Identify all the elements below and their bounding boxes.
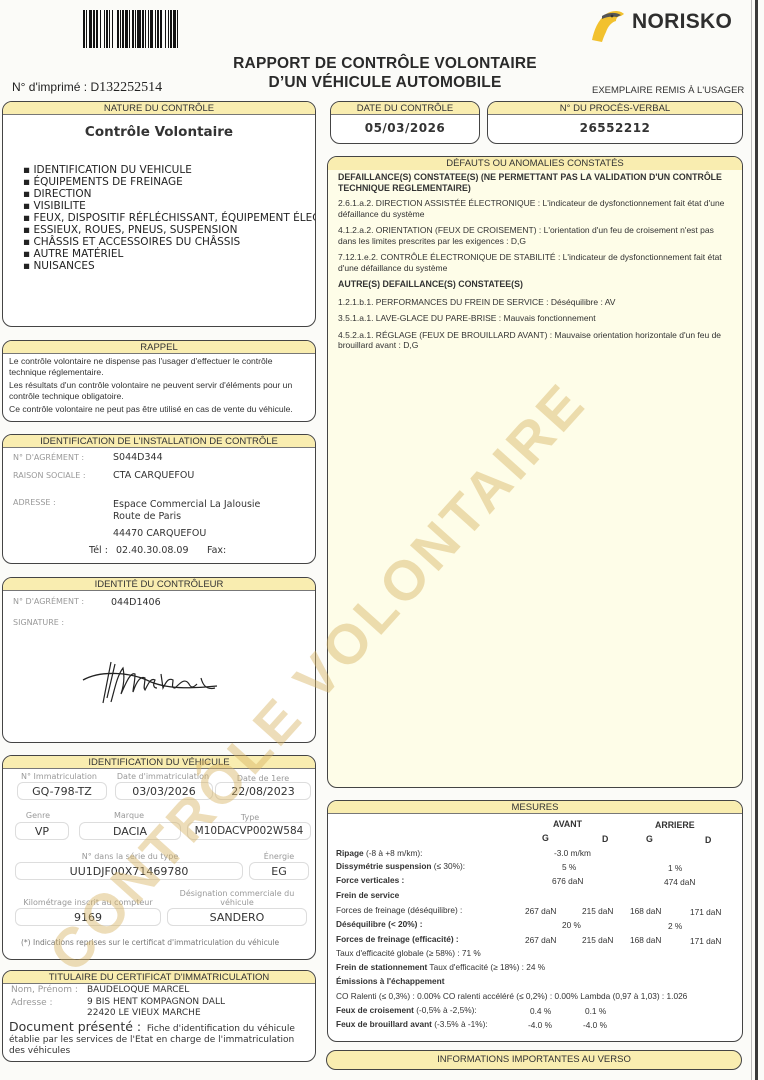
major-defects-heading: DEFAILLANCE(S) CONSTATEE(S) (NE PERMETTA… bbox=[338, 172, 732, 193]
installation-heading: IDENTIFICATION DE L'INSTALLATION DE CONT… bbox=[3, 435, 315, 448]
arriere-g-header: G bbox=[646, 834, 653, 844]
major-defects-list: 2.6.1.a.2. DIRECTION ASSISTÉE ÉLECTRONIQ… bbox=[338, 198, 732, 273]
install-raison-label: RAISON SOCIALE : bbox=[13, 471, 86, 480]
controleur-agrement-value: 044D1406 bbox=[111, 597, 161, 609]
rappel-paragraph: Ce contrôle volontaire ne peut pas être … bbox=[9, 404, 309, 415]
rappel-section: RAPPEL Le contrôle volontaire ne dispens… bbox=[2, 340, 316, 422]
forces-eff-av-g: 267 daN bbox=[525, 935, 556, 945]
install-tel-label: Tél : bbox=[89, 545, 108, 557]
titulaire-adresse-line1: 9 BIS HENT KOMPAGNON DALL bbox=[87, 997, 225, 1008]
designation-field: SANDERO bbox=[167, 908, 307, 926]
install-adresse-line2: Route de Paris bbox=[113, 511, 260, 523]
forces-eff-ar-g: 168 daN bbox=[630, 935, 661, 945]
titulaire-adresse-label: Adresse : bbox=[11, 998, 53, 1008]
document-presente: Document présenté : Fiche d'identificati… bbox=[9, 1021, 313, 1057]
vehicule-note: (*) Indications reprises sur le certific… bbox=[21, 938, 279, 947]
nature-list: ▪ IDENTIFICATION DU VEHICULE▪ ÉQUIPEMENT… bbox=[23, 164, 315, 272]
pv-heading: N° DU PROCÈS-VERBAL bbox=[488, 102, 742, 115]
dissym-row: Dissymétrie suspension (≤ 30%): bbox=[336, 861, 465, 871]
croisement-row: Feux de croisement (-0,5% à -2,5%): bbox=[336, 1005, 477, 1015]
rappel-paragraph: Les résultats d'un contrôle volontaire n… bbox=[9, 380, 309, 401]
rappel-text: Le contrôle volontaire ne dispense pas l… bbox=[3, 354, 315, 420]
avant-header: AVANT bbox=[553, 819, 582, 829]
titulaire-nom-label: Nom, Prénom : bbox=[11, 985, 78, 995]
immat-label: N° Immatriculation bbox=[11, 772, 107, 781]
nature-heading: NATURE DU CONTRÔLE bbox=[3, 102, 315, 115]
emissions-label: Émissions à l'échappement bbox=[336, 976, 445, 986]
install-adresse-line1: Espace Commercial La Jalousie bbox=[113, 499, 260, 511]
defects-section: DÉFAUTS OU ANOMALIES CONSTATÉS DEFAILLAN… bbox=[327, 156, 743, 788]
controleur-agrement-label: N° D'AGRÉMENT : bbox=[13, 597, 84, 606]
page-edge-shadow bbox=[755, 0, 758, 1080]
imprime-number: N° d'imprimé : D132252514 bbox=[12, 80, 162, 96]
install-adresse-value: Espace Commercial La Jalousie Route de P… bbox=[113, 499, 260, 523]
list-item: ▪ ÉQUIPEMENTS DE FREINAGE bbox=[23, 176, 315, 188]
brouillard-g: -4.0 % bbox=[528, 1020, 552, 1030]
mesures-section: MESURES AVANT ARRIERE G D G D Ripage (-8… bbox=[327, 800, 743, 1042]
copy-notice: EXEMPLAIRE REMIS À L'USAGER bbox=[592, 85, 744, 96]
imprime-label: N° d'imprimé : bbox=[12, 80, 87, 94]
titulaire-heading: TITULAIRE DU CERTIFICAT D'IMMATRICULATIO… bbox=[3, 971, 315, 984]
barcode bbox=[83, 10, 259, 48]
mesures-heading: MESURES bbox=[328, 801, 742, 814]
list-item: ▪ CHÂSSIS ET ACCESSOIRES DU CHÂSSIS bbox=[23, 236, 315, 248]
deseq-ar: 2 % bbox=[668, 921, 682, 931]
brand-name: NORISKO bbox=[632, 10, 732, 34]
pv-value: 26552212 bbox=[488, 121, 742, 135]
forces-deseq-ar-g: 168 daN bbox=[630, 906, 661, 916]
date-heading: DATE DU CONTRÔLE bbox=[331, 102, 479, 115]
deseq-av: 20 % bbox=[562, 920, 581, 930]
nature-title: Contrôle Volontaire bbox=[3, 124, 315, 140]
signature-image-icon bbox=[81, 658, 221, 708]
install-fax-label: Fax: bbox=[207, 545, 226, 557]
ripage-row: Ripage (-8 à +8 m/km): bbox=[336, 848, 422, 858]
arriere-d-header: D bbox=[705, 835, 711, 845]
immat-field: GQ-798-TZ bbox=[17, 782, 107, 800]
install-tel-value: 02.40.30.08.09 bbox=[116, 545, 189, 557]
genre-field: VP bbox=[15, 822, 69, 840]
list-item: ▪ FEUX, DISPOSITIF RÉFLÉCHISSANT, ÉQUIPE… bbox=[23, 212, 315, 224]
km-field: 9169 bbox=[15, 908, 161, 926]
energie-label: Énergie bbox=[249, 852, 309, 861]
titulaire-adresse-line2: 22420 LE VIEUX MARCHE bbox=[87, 1008, 225, 1019]
list-item: ▪ VISIBILITE bbox=[23, 200, 315, 212]
avant-d-header: D bbox=[602, 834, 608, 844]
force-vert-ar: 474 daN bbox=[664, 877, 695, 887]
signature-label: SIGNATURE : bbox=[13, 618, 64, 627]
installation-section: IDENTIFICATION DE L'INSTALLATION DE CONT… bbox=[2, 434, 316, 564]
titulaire-section: TITULAIRE DU CERTIFICAT D'IMMATRICULATIO… bbox=[2, 970, 316, 1062]
verso-notice: INFORMATIONS IMPORTANTES AU VERSO bbox=[326, 1050, 742, 1070]
date-1ere-field: 22/08/2023 bbox=[215, 782, 311, 800]
document-presente-label: Document présenté : bbox=[9, 1019, 141, 1034]
forces-deseq-av-d: 215 daN bbox=[582, 906, 613, 916]
list-item: ▪ NUISANCES bbox=[23, 260, 315, 272]
type-label: Type bbox=[189, 813, 311, 822]
marque-field: DACIA bbox=[79, 822, 181, 840]
force-vert-av: 676 daN bbox=[552, 876, 583, 886]
date-immat-field: 03/03/2026 bbox=[115, 782, 213, 800]
ripage-value: -3.0 m/km bbox=[554, 848, 591, 858]
arriere-header: ARRIERE bbox=[655, 820, 695, 830]
forces-deseq-ar-d: 171 daN bbox=[690, 907, 721, 917]
date-value: 05/03/2026 bbox=[331, 121, 479, 135]
list-item: ▪ ESSIEUX, ROUES, PNEUS, SUSPENSION bbox=[23, 224, 315, 236]
frein-service-label: Frein de service bbox=[336, 890, 399, 900]
install-adresse-label: ADRESSE : bbox=[13, 498, 56, 507]
list-item: 4.5.2.a.1. RÉGLAGE (FEUX DE BROUILLARD A… bbox=[338, 330, 732, 351]
controleur-section: IDENTITÉ DU CONTRÔLEUR N° D'AGRÉMENT : 0… bbox=[2, 577, 316, 743]
designation-label: Désignation commerciale du véhicule bbox=[167, 889, 307, 907]
list-item: ▪ DIRECTION bbox=[23, 188, 315, 200]
install-adresse-line3: 44470 CARQUEFOU bbox=[113, 528, 206, 540]
title-line-2: D’UN VÉHICULE AUTOMOBILE bbox=[210, 73, 560, 92]
install-agrement-label: N° D'AGRÉMENT : bbox=[13, 453, 84, 462]
forces-eff-label: Forces de freinage (efficacité) : bbox=[336, 934, 459, 944]
defects-heading: DÉFAUTS OU ANOMALIES CONSTATÉS bbox=[328, 157, 742, 170]
nature-section: NATURE DU CONTRÔLE Contrôle Volontaire ▪… bbox=[2, 101, 316, 327]
imprime-prefix: D bbox=[90, 80, 99, 94]
deseq-label: Déséquilibre (< 20%) : bbox=[336, 919, 422, 929]
type-field: M10DACVP002W584 bbox=[187, 822, 311, 840]
list-item: 2.6.1.a.2. DIRECTION ASSISTÉE ÉLECTRONIQ… bbox=[338, 198, 732, 219]
install-raison-value: CTA CARQUEFOU bbox=[113, 470, 194, 482]
vehicule-heading: IDENTIFICATION DU VÉHICULE bbox=[3, 756, 315, 769]
install-agrement-value: S044D344 bbox=[113, 452, 163, 464]
imprime-value: 132252514 bbox=[99, 80, 162, 95]
taux-global: Taux d'efficacité globale (≥ 58%) : 71 % bbox=[336, 948, 481, 958]
page-edge bbox=[751, 0, 752, 1080]
forces-deseq-av-g: 267 daN bbox=[525, 906, 556, 916]
list-item: 4.1.2.a.2. ORIENTATION (FEUX DE CROISEME… bbox=[338, 225, 732, 246]
list-item: ▪ AUTRE MATÉRIEL bbox=[23, 248, 315, 260]
rappel-paragraph: Le contrôle volontaire ne dispense pas l… bbox=[9, 356, 309, 377]
list-item: 1.2.1.b.1. PERFORMANCES DU FREIN DE SERV… bbox=[338, 297, 732, 308]
other-defects-list: 1.2.1.b.1. PERFORMANCES DU FREIN DE SERV… bbox=[338, 297, 732, 351]
titulaire-adresse-value: 9 BIS HENT KOMPAGNON DALL 22420 LE VIEUX… bbox=[87, 997, 225, 1019]
titulaire-nom-value: BAUDELOQUE MARCEL bbox=[87, 984, 189, 996]
stationnement-row: Frein de stationnement Taux d'efficacité… bbox=[336, 962, 545, 972]
marque-label: Marque bbox=[77, 811, 181, 820]
forces-eff-av-d: 215 daN bbox=[582, 935, 613, 945]
controleur-heading: IDENTITÉ DU CONTRÔLEUR bbox=[3, 578, 315, 591]
page-title: RAPPORT DE CONTRÔLE VOLONTAIRE D’UN VÉHI… bbox=[210, 54, 560, 92]
serie-field: UU1DJF00X71469780 bbox=[15, 862, 243, 880]
rappel-heading: RAPPEL bbox=[3, 341, 315, 354]
dissym-ar: 1 % bbox=[668, 863, 682, 873]
avant-g-header: G bbox=[542, 833, 549, 843]
list-item: 3.5.1.a.1. LAVE-GLACE DU PARE-BRISE : Ma… bbox=[338, 313, 732, 324]
list-item: ▪ IDENTIFICATION DU VEHICULE bbox=[23, 164, 315, 176]
emissions-value: CO Ralenti (≤ 0,3%) : 0.00% CO ralenti a… bbox=[336, 991, 687, 1001]
km-label: Kilométrage inscrit au compteur bbox=[13, 898, 163, 907]
other-defects-heading: AUTRE(S) DEFAILLANCE(S) CONSTATEE(S) bbox=[338, 279, 732, 290]
brouillard-d: -4.0 % bbox=[583, 1020, 607, 1030]
date-immat-label: Date d'immatriculation bbox=[111, 772, 215, 781]
croisement-g: 0.4 % bbox=[530, 1006, 551, 1016]
forces-eff-ar-d: 171 daN bbox=[690, 936, 721, 946]
serie-label: N° dans la série du type bbox=[17, 852, 243, 861]
pv-section: N° DU PROCÈS-VERBAL 26552212 bbox=[487, 101, 743, 144]
title-line-1: RAPPORT DE CONTRÔLE VOLONTAIRE bbox=[210, 54, 560, 73]
dissym-av: 5 % bbox=[562, 862, 576, 872]
list-item: 7.12.1.e.2. CONTRÔLE ÉLECTRONIQUE DE STA… bbox=[338, 252, 732, 273]
genre-label: Genre bbox=[11, 811, 65, 820]
brouillard-row: Feux de brouillard avant (-3.5% à -1%): bbox=[336, 1019, 488, 1029]
vehicule-section: IDENTIFICATION DU VÉHICULE N° Immatricul… bbox=[2, 755, 316, 960]
force-vert-label: Force verticales : bbox=[336, 875, 404, 885]
energie-field: EG bbox=[249, 862, 309, 880]
croisement-d: 0.1 % bbox=[585, 1006, 606, 1016]
date-section: DATE DU CONTRÔLE 05/03/2026 bbox=[330, 101, 480, 144]
forces-deseq-label: Forces de freinage (déséquilibre) : bbox=[336, 905, 462, 915]
